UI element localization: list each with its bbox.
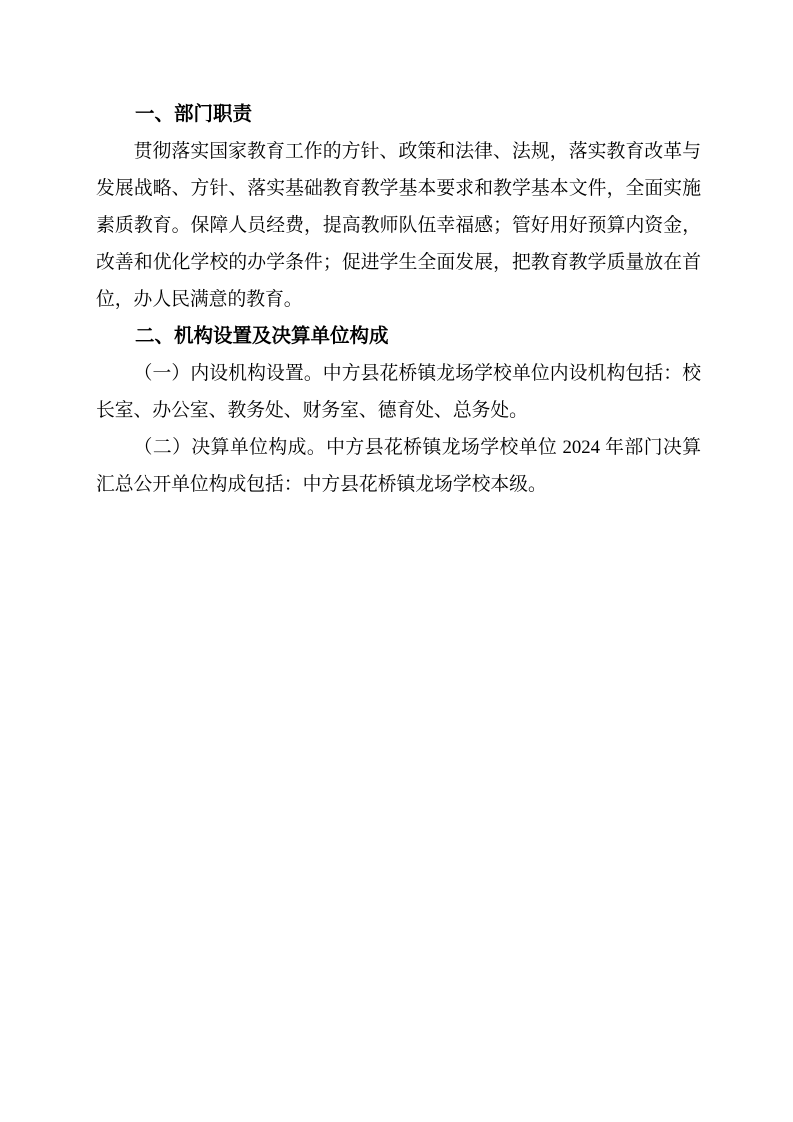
document-page: 一、部门职责 贯彻落实国家教育工作的方针、政策和法律、法规，落实教育改革与发展战… — [0, 0, 793, 1122]
paragraph-final-accounts-units: （二）决算单位构成。中方县花桥镇龙场学校单位 2024 年部门决算汇总公开单位构… — [96, 429, 701, 503]
paragraph-duties-body: 贯彻落实国家教育工作的方针、政策和法律、法规，落实教育改革与发展战略、方针、落实… — [96, 133, 701, 318]
section-heading-organization: 二、机构设置及决算单位构成 — [96, 318, 701, 355]
paragraph-internal-organs: （一）内设机构设置。中方县花桥镇龙场学校单位内设机构包括：校长室、办公室、教务处… — [96, 355, 701, 429]
section-heading-duties: 一、部门职责 — [96, 96, 701, 133]
